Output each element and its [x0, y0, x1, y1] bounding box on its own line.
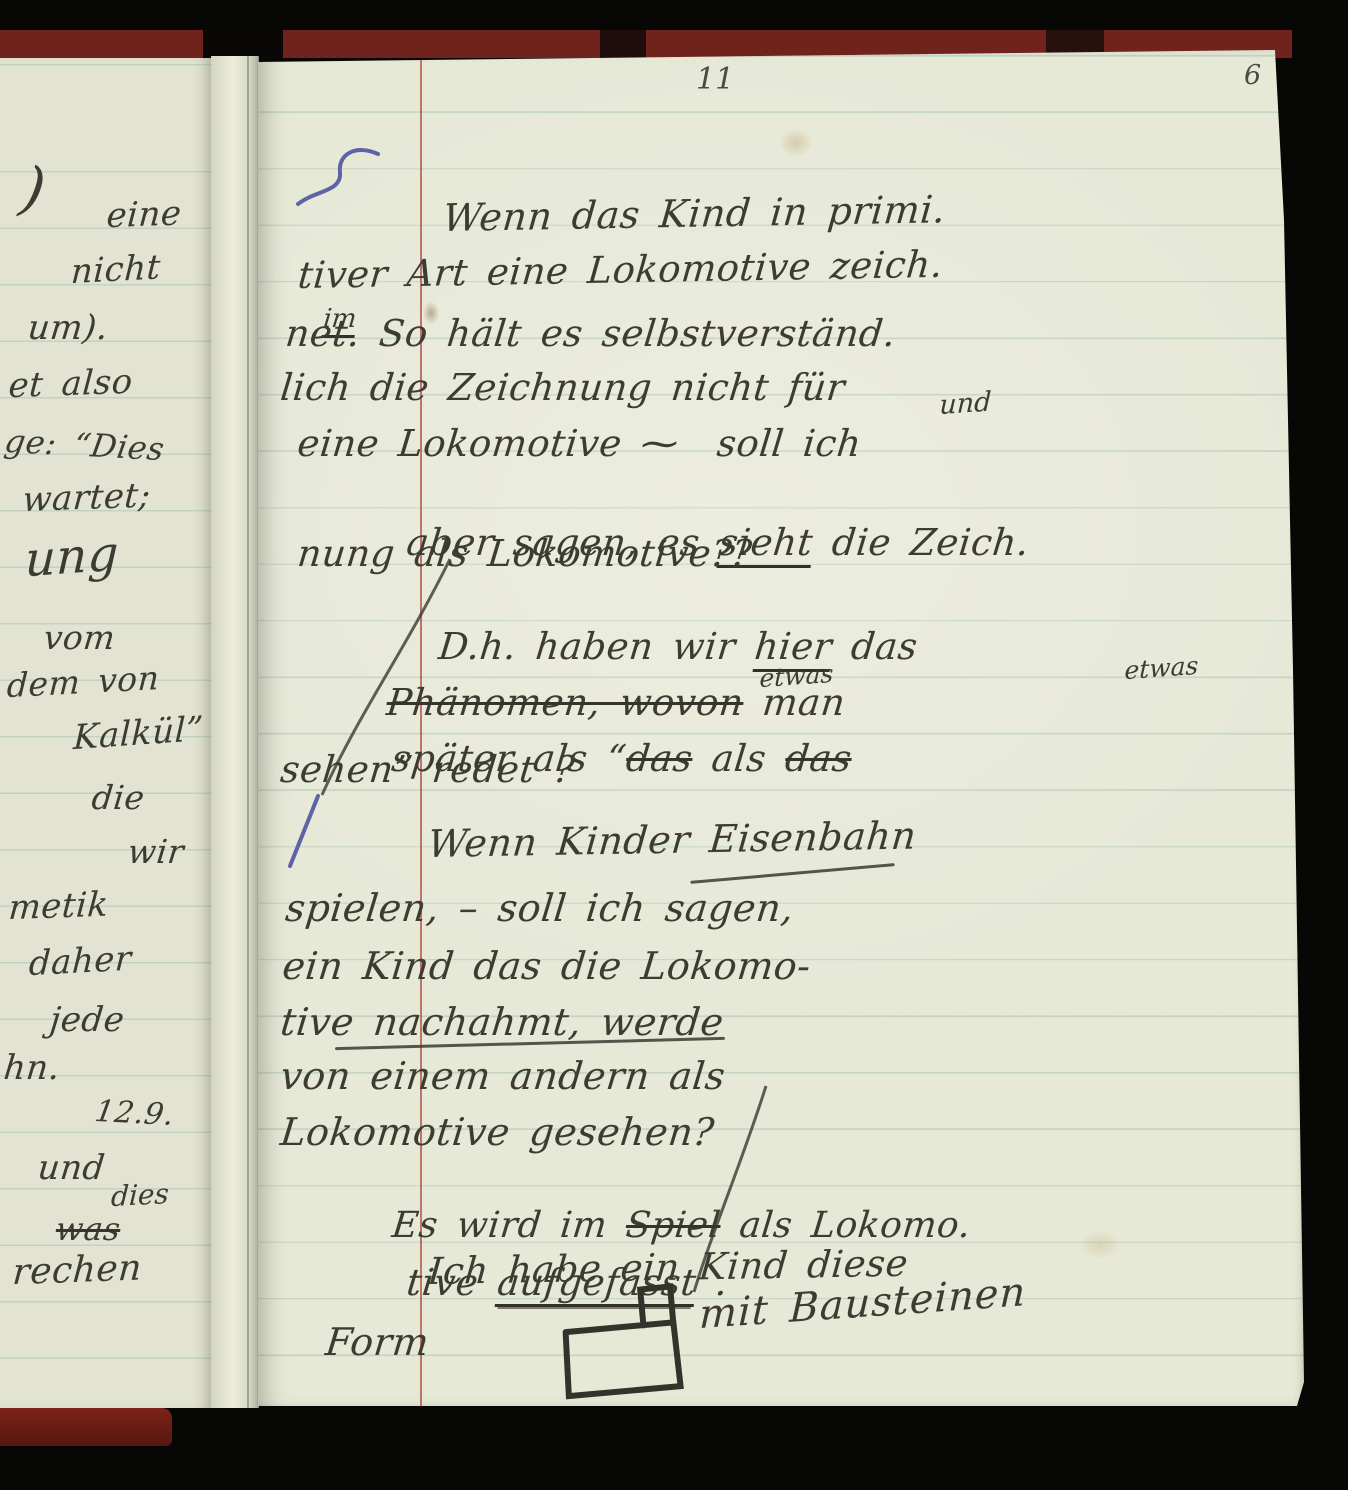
handwriting-line: ung: [24, 525, 120, 588]
inserted-word: dies: [110, 1177, 169, 1213]
handwriting-line: ein Kind das die Lokomo-: [280, 944, 813, 988]
inserted-word: und: [939, 386, 992, 421]
handwriting-line: sehen” redet ?: [278, 748, 576, 791]
handwriting-line: hn.: [2, 1048, 62, 1088]
paper-stain: [1078, 1230, 1122, 1260]
page-gutter: [211, 56, 259, 1408]
blue-s-curve-icon: [290, 146, 386, 218]
handwriting-line: daher: [28, 939, 133, 985]
handwriting-line: wartet;: [21, 476, 152, 521]
handwriting-line: jede: [48, 1000, 127, 1040]
handwriting-line: Kalkül”: [73, 709, 205, 758]
handwriting-line: lich die Zeichnung nicht für: [278, 366, 847, 409]
handwriting-line: rechen: [11, 1247, 143, 1293]
handwriting-line: eine: [105, 193, 183, 236]
handwriting-line: nung als Lokomotive??: [295, 532, 754, 575]
handwriting-line: ): [16, 154, 51, 223]
handwriting-line: et also: [7, 362, 134, 406]
handwriting-line: dem von: [6, 658, 161, 705]
inserted-word: etwas: [759, 659, 834, 693]
notebook-cover-edge-bottom: [0, 1408, 172, 1446]
pen-stroke: [690, 863, 894, 884]
handwriting-line: nicht: [70, 247, 162, 292]
inserted-word: etwas: [1124, 651, 1199, 685]
handwriting-line: Form: [323, 1320, 431, 1364]
crossed-out-word: das: [624, 737, 695, 780]
cover-gap: [600, 30, 646, 58]
left-page: ) eine nicht um). et also ge: “Dies wart…: [0, 58, 211, 1408]
handwriting-line: und: [36, 1148, 107, 1188]
handwriting-line: tive nachahmt, werde: [278, 1000, 726, 1044]
handwriting-segment: als Lokomo.: [718, 1205, 972, 1246]
handwriting-line: Lokomotive gesehen?: [278, 1110, 716, 1154]
handwriting-line: von einem andern als: [278, 1054, 727, 1098]
handwriting-line: um).: [26, 308, 110, 348]
cover-gap: [203, 30, 283, 58]
handwriting-line: metik: [7, 885, 110, 929]
date-note: 12.9.: [92, 1094, 176, 1133]
notebook-photo: ) eine nicht um). et also ge: “Dies wart…: [0, 0, 1348, 1490]
handwriting-line: tiver Art eine Lokomotive zeich.: [296, 243, 945, 297]
crossed-out-word: das: [783, 737, 854, 780]
handwriting-segment: als: [690, 737, 787, 780]
paper-stain: [778, 128, 814, 158]
handwriting-line: ge: “Dies: [2, 422, 167, 468]
crossed-out-word: was: [54, 1210, 122, 1248]
handwriting-line: eine Lokomotive ⁓ soll ich: [295, 422, 863, 465]
page-number-corner: 6: [1244, 60, 1261, 91]
handwriting-line: Wenn das Kind in primi.: [441, 187, 947, 240]
page-number-center: 11: [696, 62, 734, 97]
handwriting-line: wir: [126, 832, 186, 871]
handwriting-line: spielen, – soll ich sagen,: [283, 886, 796, 930]
handwriting-line: net. So hält es selbstverständ.: [283, 312, 897, 355]
handwriting-line: vom: [42, 618, 117, 657]
handwriting-line: die: [90, 778, 147, 817]
locomotive-block-sketch: [552, 1282, 702, 1406]
right-page: 11 6 Wenn das Kind in primi. tiver Art e…: [258, 50, 1304, 1406]
handwriting-segment: die Zeich.: [811, 521, 1032, 564]
handwriting-line: Wenn Kinder Eisenbahn: [426, 813, 918, 866]
gutter-crease: [247, 56, 249, 1408]
